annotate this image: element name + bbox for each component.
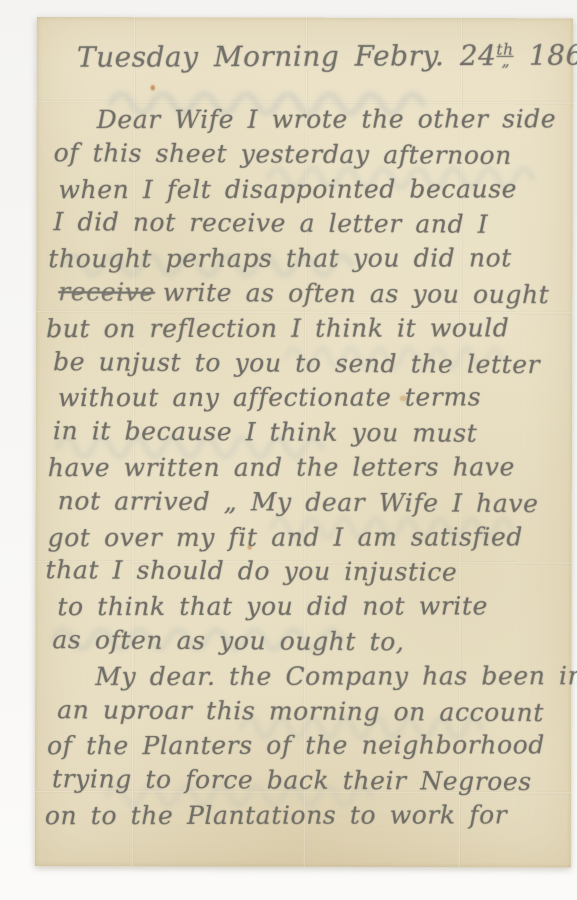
letter-line: of this sheet yesterday afternoon xyxy=(45,136,569,174)
struck-word: receive xyxy=(58,277,155,307)
letter-line: that I should do you injustice xyxy=(43,553,567,591)
letter-line: have written and the letters have xyxy=(44,450,568,486)
letter-line: as often as you ought to, xyxy=(43,623,567,661)
letter-line: be unjust to you to send the letter xyxy=(44,345,568,383)
letter-body: Dear Wife I wrote the other sideof this … xyxy=(43,102,569,834)
letter-line: of the Planters of the neighborhood xyxy=(43,729,567,765)
letter-paper: Tuesday Morning Febry. 24th„ 1863 Dear W… xyxy=(35,17,573,867)
dateline-year: 1863 xyxy=(513,38,577,71)
rust-stain xyxy=(151,85,155,90)
letter-line: Dear Wife I wrote the other side xyxy=(45,102,569,138)
letter-line: thought perhaps that you did not xyxy=(44,241,568,277)
letter-line: on to the Plantations to work for xyxy=(43,798,567,834)
letter-dateline: Tuesday Morning Febry. 24th„ 1863 xyxy=(77,39,559,74)
letter-line: trying to force back their Negroes xyxy=(43,762,567,800)
letter-line: without any affectionate terms xyxy=(44,381,568,417)
ditto-mark: „ xyxy=(502,52,511,70)
letter-line: but on reflection I think it would xyxy=(44,311,568,347)
letter-line: receivewrite as often as you ought xyxy=(44,275,568,313)
dateline-text: Tuesday Morning Febry. 24 xyxy=(77,39,497,74)
letter-line: I did not receive a letter and I xyxy=(44,205,568,243)
letter-line: when I felt disappointed because xyxy=(45,172,569,208)
ordinal-superscript: th„ xyxy=(496,39,513,72)
scanned-letter-page: Tuesday Morning Febry. 24th„ 1863 Dear W… xyxy=(0,0,577,900)
letter-line: got over my fit and I am satisfied xyxy=(44,520,568,556)
letter-line: not arrived „ My dear Wife I have xyxy=(44,484,568,522)
letter-line: to think that you did not write xyxy=(43,589,567,625)
letter-line: in it because I think you must xyxy=(44,414,568,452)
letter-line: an uproar this morning on account xyxy=(43,693,567,731)
letter-line: My dear. the Company has been in xyxy=(43,659,567,695)
